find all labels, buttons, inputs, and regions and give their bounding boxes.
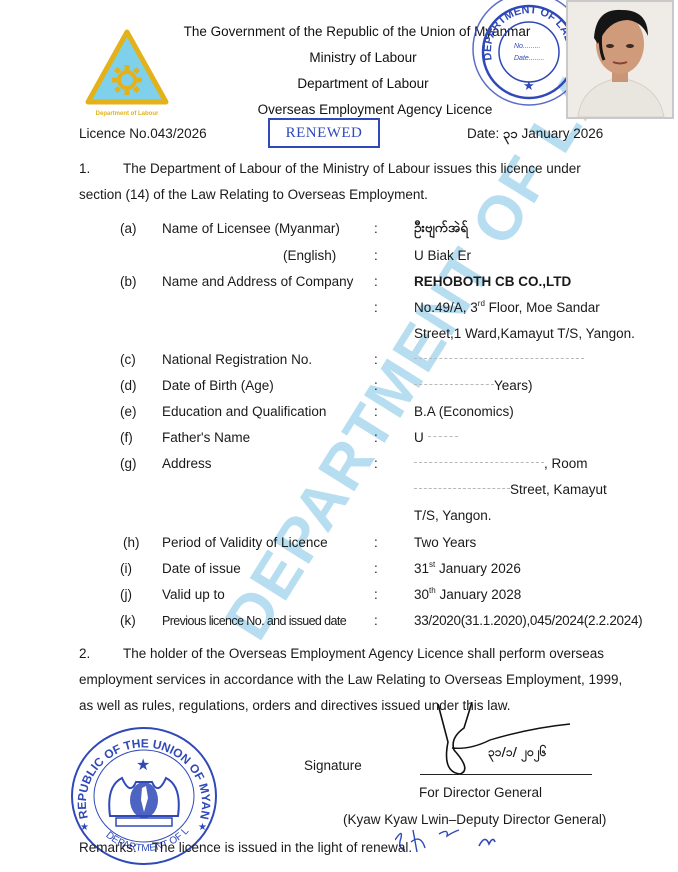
field-i-letter: (i) [120, 561, 132, 576]
field-b-addr-line1: No.49/A, 3rd Floor, Moe Sandar [414, 300, 600, 315]
field-a-label: Name of Licensee (Myanmar) [162, 221, 340, 236]
field-k-letter: (k) [120, 613, 136, 628]
field-j-label: Valid up to [162, 587, 225, 602]
field-g-label: Address [162, 456, 212, 471]
remarks-text: The licence is issued in the light of re… [152, 840, 412, 855]
field-h-label: Period of Validity of Licence [162, 535, 328, 550]
date-label: Date: [467, 126, 499, 141]
field-b-value: REHOBOTH CB CO.,LTD [414, 274, 571, 289]
field-i-value: 31st January 2026 [414, 561, 521, 576]
field-c-label: National Registration No. [162, 352, 312, 367]
field-h-colon: : [374, 535, 378, 550]
licensee-photo [566, 0, 674, 119]
field-g-line1: , Room [414, 456, 588, 471]
field-e-letter: (e) [120, 404, 137, 419]
field-e-label: Education and Qualification [162, 404, 326, 419]
field-j-value: 30th January 2028 [414, 587, 521, 602]
svg-text:DEPARTMENT OF LABOUR: DEPARTMENT OF LABOUR [470, 0, 576, 61]
svg-text:Date........: Date........ [514, 55, 544, 62]
field-c-letter: (c) [120, 352, 136, 367]
signature-label: Signature [304, 758, 362, 773]
date-day-handwritten: ၃၁ [503, 127, 518, 142]
field-g-letter: (g) [120, 456, 137, 471]
field-g-colon: : [374, 456, 378, 471]
licence-date: Date: ၃၁ January 2026 [467, 126, 603, 145]
svg-text:★: ★ [136, 757, 150, 774]
svg-text:No.........: No......... [514, 43, 541, 50]
field-f-colon: : [374, 430, 378, 445]
field-b-colon: : [374, 274, 378, 289]
remarks: Remarks: The licence is issued in the li… [79, 840, 412, 855]
field-b-addr-line2: Street,1 Ward,Kamayut T/S, Yangon. [414, 326, 635, 341]
section-1-text-first: The Department of Labour of the Ministry… [123, 161, 581, 176]
signature-handwritten-date: ၃၁/၁/ ၂၀၂၆ [488, 744, 546, 762]
field-b-letter: (b) [120, 274, 137, 289]
field-k-label: Previous licence No. and issued date [162, 614, 346, 628]
svg-text:★: ★ [523, 78, 535, 93]
person-portrait-icon [568, 2, 672, 117]
field-j-colon: : [374, 587, 378, 602]
section-2-number: 2. [79, 641, 123, 667]
signatory-name: (Kyaw Kyaw Lwin–Deputy Director General) [343, 812, 606, 827]
for-director-general: For Director General [419, 785, 542, 800]
field-f-value: U [414, 430, 458, 445]
field-d-colon: : [374, 378, 378, 393]
field-a-en-label: (English) [283, 248, 336, 263]
field-a-value: ဦးဗျက်အဲရ် [414, 219, 468, 239]
field-f-label: Father's Name [162, 430, 250, 445]
field-e-value: B.A (Economics) [414, 404, 514, 419]
field-a-letter: (a) [120, 221, 137, 236]
remarks-label: Remarks: [79, 840, 137, 855]
field-g-line2: Street, Kamayut [414, 482, 607, 497]
field-c-value-redacted [414, 352, 584, 367]
section-2-text-first: The holder of the Overseas Employment Ag… [123, 646, 604, 661]
signature-line [420, 774, 592, 775]
field-d-value: Years) [414, 378, 533, 393]
field-d-label: Date of Birth (Age) [162, 378, 274, 393]
field-a-en-value: U Biak Er [414, 248, 471, 263]
field-f-letter: (f) [120, 430, 133, 445]
field-h-letter: (h) [123, 535, 140, 550]
field-c-colon: : [374, 352, 378, 367]
field-a-colon: : [374, 221, 378, 236]
field-e-colon: : [374, 404, 378, 419]
svg-text:★: ★ [80, 822, 89, 833]
renewed-stamp: RENEWED [268, 118, 380, 148]
field-b-label: Name and Address of Company [162, 274, 353, 289]
section-1-text-rest: section (14) of the Law Relating to Over… [79, 187, 428, 202]
field-j-letter: (j) [120, 587, 132, 602]
field-i-colon: : [374, 561, 378, 576]
triangle-gear-icon [84, 28, 170, 108]
section-1-number: 1. [79, 156, 123, 182]
field-i-label: Date of issue [162, 561, 241, 576]
field-b-addr-colon: : [374, 300, 378, 315]
date-month-year: January 2026 [521, 126, 603, 141]
section-1: 1.The Department of Labour of the Minist… [79, 156, 639, 208]
field-a-en-colon: : [374, 248, 378, 263]
field-k-value: 33/2020(31.1.2020),045/2024(2.2.2024) [414, 613, 642, 628]
field-h-value: Two Years [414, 535, 476, 550]
svg-text:★: ★ [198, 822, 207, 833]
field-g-line3: T/S, Yangon. [414, 508, 492, 523]
field-k-colon: : [374, 613, 378, 628]
field-d-letter: (d) [120, 378, 137, 393]
licence-number: Licence No.043/2026 [79, 126, 207, 141]
section-2-text-line2: employment services in accordance with t… [79, 672, 622, 687]
